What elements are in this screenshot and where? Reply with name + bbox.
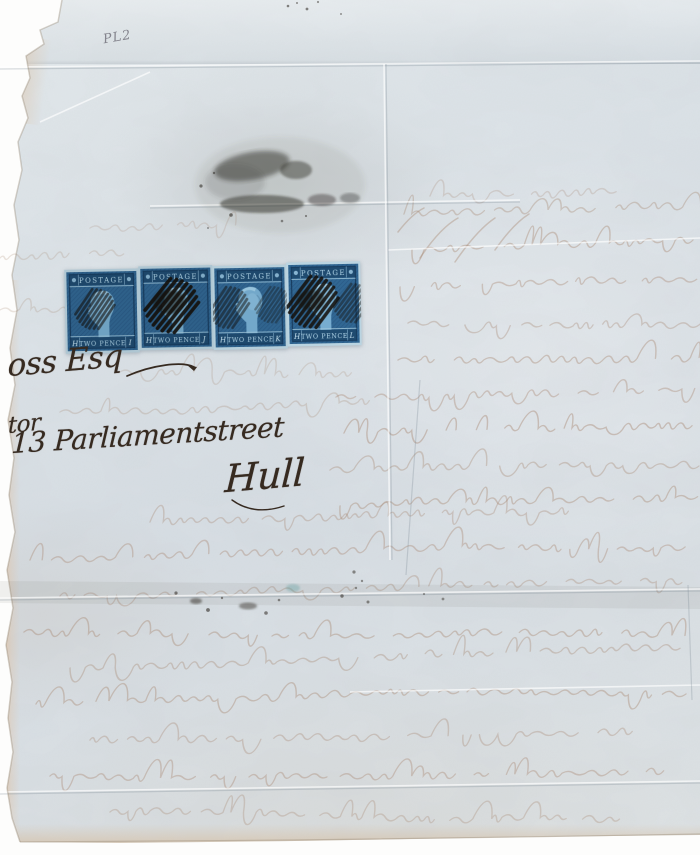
stamp-postage-label: POSTAGE <box>79 276 124 285</box>
stamp-value-label: TWO PENCE <box>227 336 274 344</box>
postage-stamp: POSTAGE TWO PENCE H L <box>286 261 362 346</box>
stamp-corner-letter: I <box>128 339 132 347</box>
scanned-letter: POSTAGE TWO PENCE H I POSTAGE TWO PENCE … <box>0 0 700 855</box>
postage-stamp: POSTAGE TWO PENCE H J <box>138 265 214 350</box>
stamp-corner-letter: K <box>274 335 281 343</box>
address-line-city: Hull <box>224 450 306 501</box>
stamp-postage-label: POSTAGE <box>301 269 346 278</box>
stamp-corner-letter: H <box>219 336 227 344</box>
stamp-corner-letter: L <box>349 332 355 340</box>
stamp-value-label: TWO PENCE <box>301 333 348 341</box>
stamp-value-label: TWO PENCE <box>153 337 200 345</box>
stamp-postage-label: POSTAGE <box>227 272 272 281</box>
stamp-corner-letter: H <box>145 337 153 345</box>
bottom-paper-edge <box>0 824 700 844</box>
postage-stamp: POSTAGE TWO PENCE H K <box>212 265 288 350</box>
stamp-corner-letter: H <box>293 333 301 341</box>
